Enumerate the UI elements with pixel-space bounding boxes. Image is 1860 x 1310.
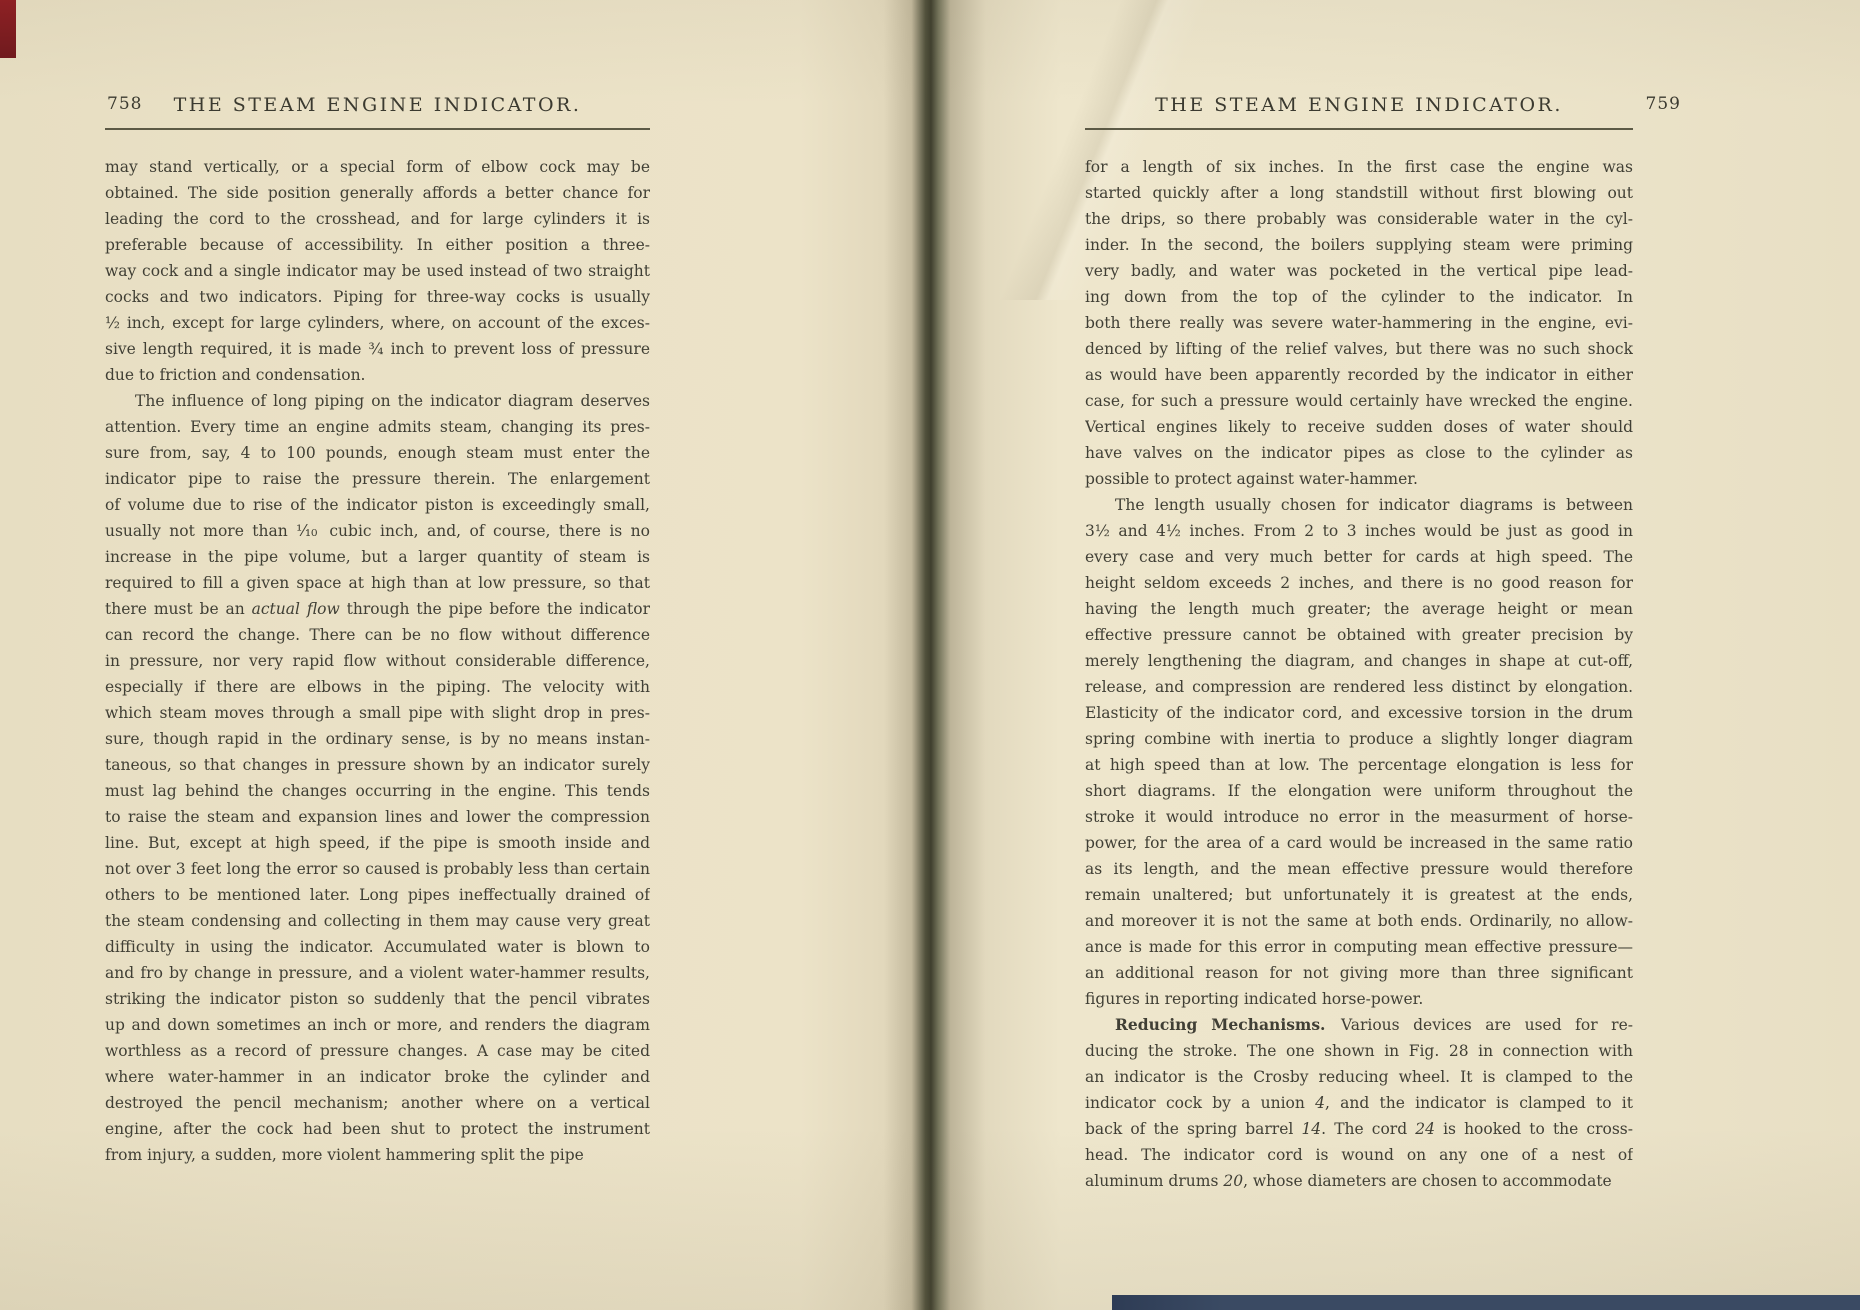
text-line: possible to protect against water-hammer…: [1085, 466, 1633, 492]
left-page-header: 758 THE STEAM ENGINE INDICATOR.: [105, 88, 650, 126]
text-line: merely lengthening the diagram, and chan…: [1085, 648, 1633, 674]
text-line: remain unaltered; but unfortunately it i…: [1085, 882, 1633, 908]
right-page-number: 759: [1646, 94, 1681, 114]
text-line: difficulty in using the indicator. Accum…: [105, 934, 650, 960]
book-scan: 758 THE STEAM ENGINE INDICATOR. may stan…: [0, 0, 1860, 1310]
text-line: have valves on the indicator pipes as cl…: [1085, 440, 1633, 466]
text-line: cocks and two indicators. Piping for thr…: [105, 284, 650, 310]
text-line: there must be an actual flow through the…: [105, 596, 650, 622]
text-line: Vertical engines likely to receive sudde…: [1085, 414, 1633, 440]
text-line: and moreover it is not the same at both …: [1085, 908, 1633, 934]
text-line: may stand vertically, or a special form …: [105, 154, 650, 180]
text-line: from injury, a sudden, more violent hamm…: [105, 1142, 650, 1168]
text-line: up and down sometimes an inch or more, a…: [105, 1012, 650, 1038]
left-page-number: 758: [107, 94, 142, 114]
text-line: head. The indicator cord is wound on any…: [1085, 1142, 1633, 1168]
text-line: the steam condensing and collecting in t…: [105, 908, 650, 934]
text-line: short diagrams. If the elongation were u…: [1085, 778, 1633, 804]
text-line: an indicator is the Crosby reducing whee…: [1085, 1064, 1633, 1090]
text-line: ½ inch, except for large cylinders, wher…: [105, 310, 650, 336]
text-line: denced by lifting of the relief valves, …: [1085, 336, 1633, 362]
text-line: engine, after the cock had been shut to …: [105, 1116, 650, 1142]
text-line: where water-hammer in an indicator broke…: [105, 1064, 650, 1090]
text-line: in pressure, nor very rapid flow without…: [105, 648, 650, 674]
text-line: both there really was severe water-hamme…: [1085, 310, 1633, 336]
text-line: effective pressure cannot be obtained wi…: [1085, 622, 1633, 648]
text-line: attention. Every time an engine admits s…: [105, 414, 650, 440]
text-line: stroke it would introduce no error in th…: [1085, 804, 1633, 830]
left-running-title: THE STEAM ENGINE INDICATOR.: [105, 88, 650, 116]
text-line: others to be mentioned later. Long pipes…: [105, 882, 650, 908]
right-running-title: THE STEAM ENGINE INDICATOR.: [1085, 88, 1633, 116]
text-line: sure, though rapid in the ordinary sense…: [105, 726, 650, 752]
text-line: line. But, except at high speed, if the …: [105, 830, 650, 856]
left-page-body: may stand vertically, or a special form …: [105, 154, 650, 1168]
text-line: as its length, and the mean effective pr…: [1085, 856, 1633, 882]
text-line: 3½ and 4½ inches. From 2 to 3 inches wou…: [1085, 518, 1633, 544]
text-line: worthless as a record of pressure change…: [105, 1038, 650, 1064]
text-line: leading the cord to the crosshead, and f…: [105, 206, 650, 232]
left-header-rule: [105, 128, 650, 130]
text-line: aluminum drums 20, whose diameters are c…: [1085, 1168, 1633, 1194]
text-line: back of the spring barrel 14. The cord 2…: [1085, 1116, 1633, 1142]
text-line: and fro by change in pressure, and a vio…: [105, 960, 650, 986]
text-line: increase in the pipe volume, but a large…: [105, 544, 650, 570]
right-header-rule: [1085, 128, 1633, 130]
text-line: indicator pipe to raise the pressure the…: [105, 466, 650, 492]
text-line: as would have been apparently recorded b…: [1085, 362, 1633, 388]
right-page-body: for a length of six inches. In the first…: [1085, 154, 1633, 1194]
text-line: an additional reason for not giving more…: [1085, 960, 1633, 986]
text-line: sure from, say, 4 to 100 pounds, enough …: [105, 440, 650, 466]
text-line: the drips, so there probably was conside…: [1085, 206, 1633, 232]
text-line: release, and compression are rendered le…: [1085, 674, 1633, 700]
text-line: can record the change. There can be no f…: [105, 622, 650, 648]
text-line: ance is made for this error in computing…: [1085, 934, 1633, 960]
text-line: started quickly after a long standstill …: [1085, 180, 1633, 206]
text-line: to raise the steam and expansion lines a…: [105, 804, 650, 830]
text-line: at high speed than at low. The percentag…: [1085, 752, 1633, 778]
text-line: preferable because of accessibility. In …: [105, 232, 650, 258]
text-line: figures in reporting indicated horse-pow…: [1085, 986, 1633, 1012]
text-line: The length usually chosen for indicator …: [1085, 492, 1633, 518]
text-line: due to friction and condensation.: [105, 362, 650, 388]
text-line: ducing the stroke. The one shown in Fig.…: [1085, 1038, 1633, 1064]
text-line: destroyed the pencil mechanism; another …: [105, 1090, 650, 1116]
text-line: height seldom exceeds 2 inches, and ther…: [1085, 570, 1633, 596]
text-line: obtained. The side position generally af…: [105, 180, 650, 206]
text-line: way cock and a single indicator may be u…: [105, 258, 650, 284]
text-line: inder. In the second, the boilers supply…: [1085, 232, 1633, 258]
text-line: case, for such a pressure would certainl…: [1085, 388, 1633, 414]
text-line: Elasticity of the indicator cord, and ex…: [1085, 700, 1633, 726]
text-line: required to fill a given space at high t…: [105, 570, 650, 596]
text-line: ing down from the top of the cylinder to…: [1085, 284, 1633, 310]
book-cover-bottom-edge: [1112, 1295, 1860, 1310]
text-line: must lag behind the changes occurring in…: [105, 778, 650, 804]
text-line: taneous, so that changes in pressure sho…: [105, 752, 650, 778]
right-page-header: THE STEAM ENGINE INDICATOR. 759: [1085, 88, 1633, 126]
right-page: THE STEAM ENGINE INDICATOR. 759 for a le…: [1085, 88, 1633, 1194]
text-line: Reducing Mechanisms. Various devices are…: [1085, 1012, 1633, 1038]
text-line: for a length of six inches. In the first…: [1085, 154, 1633, 180]
text-line: spring combine with inertia to produce a…: [1085, 726, 1633, 752]
text-line: having the length much greater; the aver…: [1085, 596, 1633, 622]
text-line: every case and very much better for card…: [1085, 544, 1633, 570]
text-line: indicator cock by a union 4, and the ind…: [1085, 1090, 1633, 1116]
text-line: of volume due to rise of the indicator p…: [105, 492, 650, 518]
text-line: sive length required, it is made ¾ inch …: [105, 336, 650, 362]
text-line: power, for the area of a card would be i…: [1085, 830, 1633, 856]
text-line: not over 3 feet long the error so caused…: [105, 856, 650, 882]
text-line: usually not more than ⅒ cubic inch, and,…: [105, 518, 650, 544]
book-cover-corner: [0, 0, 16, 58]
text-line: very badly, and water was pocketed in th…: [1085, 258, 1633, 284]
text-line: which steam moves through a small pipe w…: [105, 700, 650, 726]
text-line: striking the indicator piston so suddenl…: [105, 986, 650, 1012]
text-line: The influence of long piping on the indi…: [105, 388, 650, 414]
left-page: 758 THE STEAM ENGINE INDICATOR. may stan…: [105, 88, 650, 1168]
text-line: especially if there are elbows in the pi…: [105, 674, 650, 700]
